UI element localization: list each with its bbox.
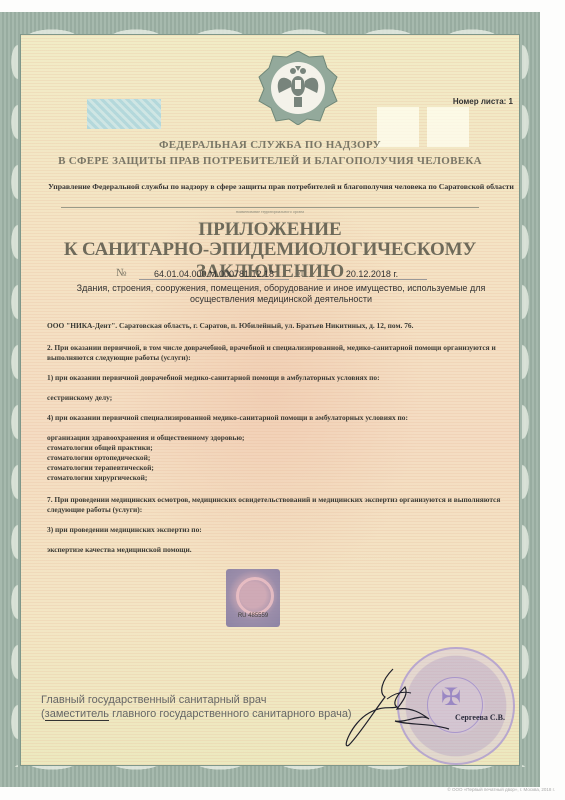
list-item: организации здравоохранения и общественн… (47, 433, 507, 443)
hologram-ring-icon (236, 577, 274, 615)
printer-imprint: © ООО «Первый печатный двор», г. Москва,… (447, 787, 555, 792)
territorial-divider (61, 207, 479, 208)
hologram-sticker: RU 485559 (226, 569, 280, 627)
list-item: стоматологии общей практики; (47, 443, 507, 453)
item-3: 3) при проведении медицинских экспертиз … (47, 525, 507, 535)
section-2: 2. При оказании первичной, в том числе д… (47, 343, 507, 363)
document-title: ПРИЛОЖЕНИЕ (21, 219, 519, 241)
number-label: № (116, 267, 127, 279)
document-date: 20.12.2018 г. (317, 269, 427, 280)
hologram-code: RU 485559 (226, 613, 280, 619)
item-1: 1) при оказании первичной доврачебной ме… (47, 373, 507, 383)
item-1-value: сестринскому делу; (47, 393, 507, 403)
security-strip (87, 99, 161, 129)
coat-of-arms-emblem-icon (257, 51, 339, 125)
organization-address: ООО "НИКА-Дент". Саратовская область, г.… (47, 321, 507, 331)
list-item: стоматологии ортопедической; (47, 453, 507, 463)
territorial-body: Управление Федеральной службы по надзору… (45, 181, 517, 192)
section-7: 7. При проведении медицинских осмотров, … (47, 495, 507, 515)
signer-name: Сергеева С.В. (455, 713, 505, 722)
agency-name-line2: В СФЕРЕ ЗАЩИТЫ ПРАВ ПОТРЕБИТЕЛЕЙ И БЛАГО… (21, 155, 519, 167)
decorative-border-left (4, 32, 18, 767)
signatory-role-underlined: заместитель (45, 708, 109, 721)
document-number: 64.01.04.000.М.000781.12.18 (139, 269, 289, 280)
territorial-caption: наименование территориального органа (21, 209, 519, 214)
date-label: от (295, 268, 304, 279)
list-item: стоматологии терапевтической; (47, 463, 507, 473)
item-3-value: экспертизе качества медицинской помощи. (47, 545, 507, 555)
sheet-number: Номер листа: 1 (453, 97, 513, 106)
signatory-title: Главный государственный санитарный врач … (41, 693, 352, 721)
signatory-title-line2: (заместитель главного государственного с… (41, 707, 352, 721)
item-4-values: организации здравоохранения и общественн… (47, 433, 507, 483)
signatory-title-line1: Главный государственный санитарный врач (41, 693, 352, 707)
item-4: 4) при оказании первичной специализирова… (47, 413, 507, 423)
certificate-paper: Номер листа: 1 ФЕДЕРАЛЬНАЯ СЛУЖБА ПО НАД… (20, 34, 520, 766)
agency-name-line1: ФЕДЕРАЛЬНАЯ СЛУЖБА ПО НАДЗОРУ (21, 139, 519, 151)
handwritten-signature (321, 663, 451, 753)
list-item: стоматологии хирургической; (47, 473, 507, 483)
document-subject: Здания, строения, сооружения, помещения,… (61, 283, 501, 305)
certificate-sheet: Номер листа: 1 ФЕДЕРАЛЬНАЯ СЛУЖБА ПО НАД… (0, 12, 540, 787)
decorative-border-right (522, 32, 536, 767)
